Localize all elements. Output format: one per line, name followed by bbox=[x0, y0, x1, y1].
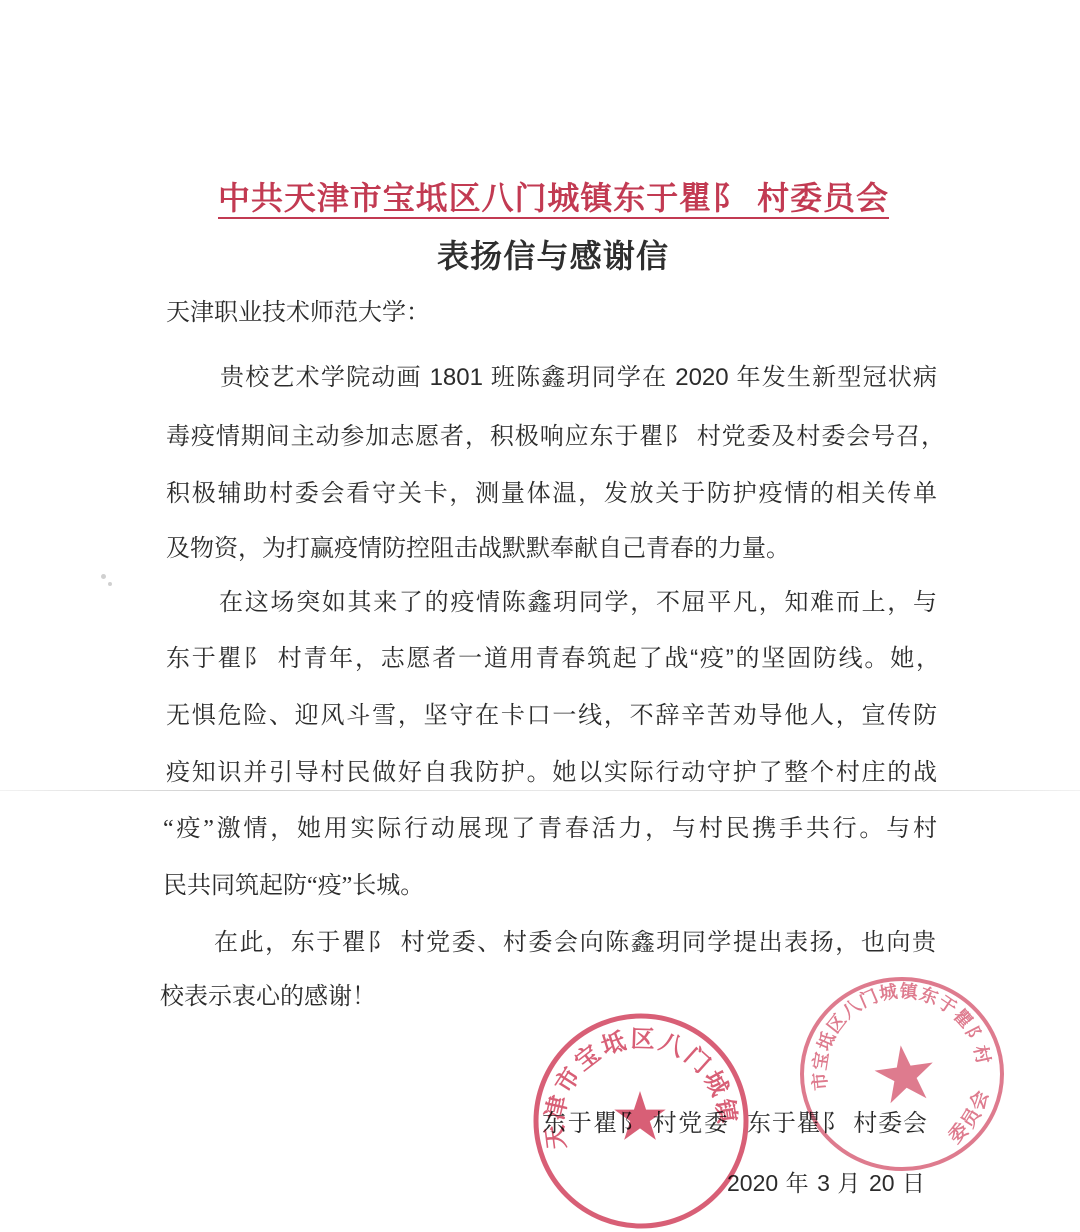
paragraph-2-line-6: 民共同筑起防“疫”长城。 bbox=[163, 869, 424, 903]
salutation: 天津职业技术师范大学： bbox=[166, 296, 430, 330]
scan-speck bbox=[108, 582, 112, 586]
paragraph-3-line-1: 在此，东于瞿阝 村党委、村委会向陈鑫玥同学提出表扬，也向贵 bbox=[214, 926, 936, 960]
paragraph-2-line-2: 东于瞿阝 村青年，志愿者一道用青春筑起了战“疫”的坚固防线。她， bbox=[166, 642, 940, 676]
letter-date: 2020 年 3 月 20 日 bbox=[727, 1166, 925, 1200]
paragraph-1-line-4: 及物资，为打赢疫情防控阻击战默默奉献自己青春的力量。 bbox=[166, 532, 790, 566]
paragraph-2-line-3: 无惧危险、迎风斗雪，坚守在卡口一线，不辞辛苦劝导他人，宣传防 bbox=[166, 699, 937, 733]
paragraph-2-line-4: 疫知识并引导村民做好自我防护。她以实际行动守护了整个村庄的战 bbox=[166, 756, 937, 790]
scan-fold-line bbox=[0, 790, 1080, 791]
letterhead-title: 中共天津市宝坻区八门城镇东于瞿阝 村委员会 bbox=[218, 178, 888, 218]
letter-subtitle: 表扬信与感谢信 bbox=[437, 236, 668, 276]
paragraph-2-line-1: 在这场突如其来了的疫情陈鑫玥同学，不屈平凡，知难而上，与 bbox=[219, 586, 937, 620]
paragraph-1-line-2: 毒疫情期间主动参加志愿者，积极响应东于瞿阝 村党委及村委会号召， bbox=[166, 420, 945, 454]
paragraph-1-line-1: 贵校艺术学院动画 1801 班陈鑫玥同学在 2020 年发生新型冠状病 bbox=[220, 361, 937, 395]
paragraph-3-line-2: 校表示衷心的感谢！ bbox=[160, 980, 376, 1014]
star-icon bbox=[872, 1041, 938, 1105]
seal-ring-text: 市宝坻区八门城镇东于瞿阝村 bbox=[808, 980, 994, 1091]
signature-party-committee: 东于瞿阝 村党委 bbox=[542, 1107, 728, 1141]
scan-speck bbox=[101, 574, 106, 579]
seal-inner-text: 委员会 bbox=[944, 1086, 993, 1148]
signature-village-committee: 东于瞿阝 村委会 bbox=[747, 1107, 927, 1141]
paragraph-1-line-3: 积极辅助村委会看守关卡，测量体温，发放关于防护疫情的相关传单 bbox=[166, 477, 937, 511]
paragraph-2-line-5: “疫”激情，她用实际行动展现了青春活力，与村民携手共行。与村 bbox=[163, 812, 937, 846]
letter-page: 中共天津市宝坻区八门城镇东于瞿阝 村委员会 表扬信与感谢信 天津职业技术师范大学… bbox=[0, 0, 1080, 1232]
letterhead-underline bbox=[218, 217, 889, 219]
